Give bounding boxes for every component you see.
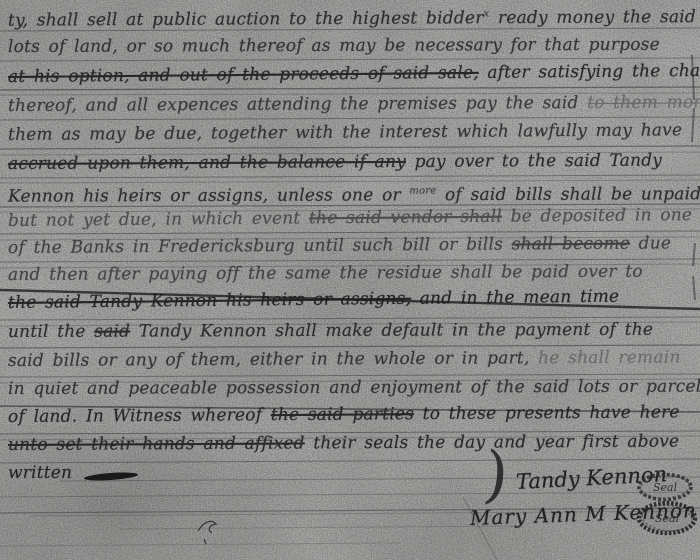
line-segment: unto set their hands and affixed xyxy=(8,433,305,455)
line-segment: Tandy Kennon shall make default in the p… xyxy=(130,320,653,342)
line-segment: more xyxy=(409,186,436,197)
line-segment: and then after paying off the same the r… xyxy=(8,262,643,285)
line-segment: Kennon his heirs or assigns, unless one … xyxy=(8,185,409,206)
document-line: Kennon his heirs or assigns, unless one … xyxy=(8,180,700,208)
document-line: thereof, and all expences attending the … xyxy=(8,91,700,117)
document-line: but not yet due, in which event the said… xyxy=(8,204,692,232)
document-line: accrued upon them, and the balance if an… xyxy=(8,150,662,175)
line-segment: to these presents have here xyxy=(414,402,680,424)
document-line: unto set their hands and affixed their s… xyxy=(8,430,679,456)
line-segment: ready money the said xyxy=(489,7,696,28)
line-segment: in quiet and peaceable possession and en… xyxy=(8,377,700,399)
document-line: lots of land, or so much thereof as may … xyxy=(8,34,660,58)
line-segment: but not yet due, in which event xyxy=(8,208,309,231)
line-segment: written xyxy=(8,463,72,483)
document-line: until the said Tandy Kennon shall make d… xyxy=(8,319,653,343)
line-segment: he shall remain xyxy=(538,347,680,368)
line-segment: of land. In Witness whereof xyxy=(8,405,271,427)
line-segment: said bills or any of them, either in the… xyxy=(8,348,538,371)
document-line: of the Banks in Fredericksburg until suc… xyxy=(8,232,671,259)
line-segment: the said vendor shall xyxy=(309,207,502,229)
line-segment: to them money xyxy=(587,92,700,113)
document-line: written xyxy=(8,462,72,484)
document-line: and then after paying off the same the r… xyxy=(8,261,643,286)
line-segment: accrued upon them, and the balance if an… xyxy=(8,152,406,174)
document-line: the said Tandy Kennon his heirs or assig… xyxy=(8,286,620,314)
line-segment: thereof, and all expences attending the … xyxy=(8,93,587,116)
line-segment: said xyxy=(94,322,130,342)
line-segment: after satisfying the charges xyxy=(479,61,700,83)
document-line: said bills or any of them, either in the… xyxy=(8,346,681,372)
line-segment: x xyxy=(483,8,489,19)
line-segment: be deposited in one xyxy=(502,205,692,227)
line-segment: shall become xyxy=(512,234,631,255)
line-segment: at his option, and out of the proceeds o… xyxy=(8,63,479,87)
line-segment: due xyxy=(630,233,671,253)
line-segment: lots of land, or so much thereof as may … xyxy=(8,35,660,57)
document-line: in quiet and peaceable possession and en… xyxy=(8,376,700,400)
line-segment: until the xyxy=(8,322,94,342)
line-segment: the said Tandy Kennon his heirs or assig… xyxy=(8,289,411,313)
line-segment: them as may be due, together with the in… xyxy=(8,120,682,145)
line-segment: ty, shall sell at public auction to the … xyxy=(8,8,484,30)
document-line: them as may be due, together with the in… xyxy=(8,119,682,146)
document-line: at his option, and out of the proceeds o… xyxy=(8,60,700,88)
document-line: ty, shall sell at public auction to the … xyxy=(8,2,696,31)
line-segment: the said parties xyxy=(271,404,414,425)
document-line: of land. In Witness whereof the said par… xyxy=(8,401,680,428)
scanned-document-page: ty, shall sell at public auction to the … xyxy=(0,0,700,560)
line-segment: of said bills shall be unpaid xyxy=(436,184,700,205)
line-segment: pay over to the said Tandy xyxy=(406,151,662,172)
line-segment: and in the mean time xyxy=(411,287,619,309)
line-segment: of the Banks in Fredericksburg until suc… xyxy=(8,234,512,258)
